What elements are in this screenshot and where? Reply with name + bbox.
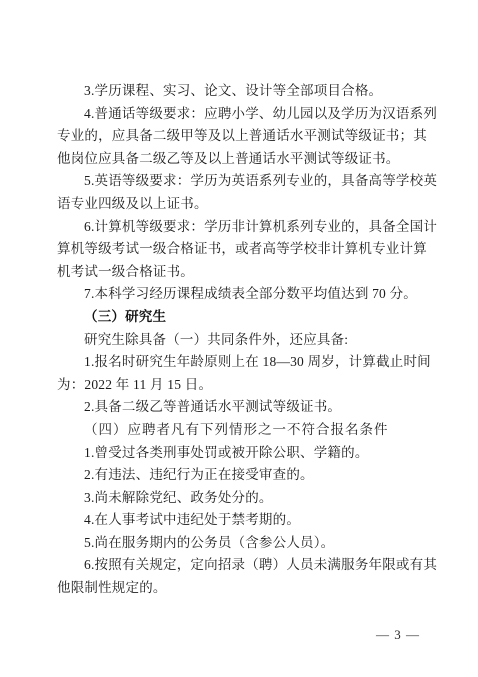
paragraph-line: 5.尚在服务期内的公务员（含参公人员）。	[57, 532, 423, 555]
paragraph-line: 他岗位应具备二级乙等及以上普通话水平测试等级证书。	[57, 148, 423, 171]
paragraph-line: 3.尚未解除党纪、政务处分的。	[57, 487, 423, 510]
paragraph-line: 2.具备二级乙等普通话水平测试等级证书。	[57, 396, 423, 419]
paragraph-line: 6.计算机等级要求：学历非计算机系列专业的，具备全国计	[57, 216, 423, 239]
document-page: 3.学历课程、实习、论文、设计等全部项目合格。 4.普通话等级要求：应聘小学、幼…	[0, 0, 478, 677]
paragraph-line: 他限制性规定的。	[57, 577, 423, 600]
paragraph-line: 6.按照有关规定，定向招录（聘）人员未满服务年限或有其	[57, 554, 423, 577]
paragraph-line: 为：2022 年 11 月 15 日。	[57, 374, 423, 397]
section-heading-postgraduate: （三）研究生	[57, 306, 423, 329]
paragraph-line: 算机等级考试一级合格证书，或者高等学校非计算机专业计算	[57, 238, 423, 261]
page-number: — 3 —	[376, 627, 420, 643]
document-body: 3.学历课程、实习、论文、设计等全部项目合格。 4.普通话等级要求：应聘小学、幼…	[57, 80, 423, 600]
paragraph-line: 3.学历课程、实习、论文、设计等全部项目合格。	[57, 80, 423, 103]
paragraph-line: 4.在人事考试中违纪处于禁考期的。	[57, 509, 423, 532]
paragraph-line: 1.曾受过各类刑事处罚或被开除公职、学籍的。	[57, 442, 423, 465]
paragraph-line: 语专业四级及以上证书。	[57, 193, 423, 216]
paragraph-line: 研究生除具备（一）共同条件外，还应具备:	[57, 329, 423, 352]
paragraph-line: 4.普通话等级要求：应聘小学、幼儿园以及学历为汉语系列	[57, 103, 423, 126]
paragraph-line: 1.报名时研究生年龄原则上在 18—30 周岁，计算截止时间	[57, 351, 423, 374]
paragraph-line: 机考试一级合格证书。	[57, 261, 423, 284]
paragraph-line: 5.英语等级要求：学历为英语系列专业的，具备高等学校英	[57, 170, 423, 193]
paragraph-line: 2.有违法、违纪行为正在接受审查的。	[57, 464, 423, 487]
section-heading-disqualifications: （四）应聘者凡有下列情形之一不符合报名条件	[57, 419, 423, 442]
paragraph-line: 7.本科学习经历课程成绩表全部分数平均值达到 70 分。	[57, 283, 423, 306]
paragraph-line: 专业的，应具备二级甲等及以上普通话水平测试等级证书；其	[57, 125, 423, 148]
